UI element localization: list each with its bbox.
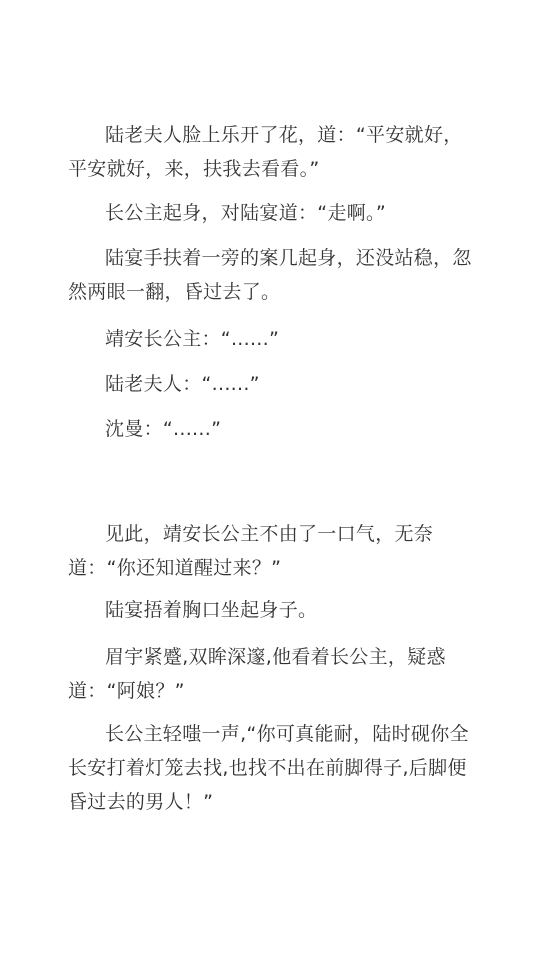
- paragraph: 长公主起身，对陆宴道：“走啊。”: [68, 196, 478, 230]
- paragraph: 见此，靖安长公主不由了一口气，无奈道：“你还知道醒过来？”: [68, 517, 478, 585]
- paragraph: 长公主轻嗤一声,“你可真能耐，陆时砚你全长安打着灯笼去找,也找不出在前脚得子,后…: [68, 717, 478, 819]
- paragraph: 陆宴手扶着一旁的案几起身，还没站稳，忽然两眼一翻，昏过去了。: [68, 241, 478, 309]
- reading-page: 陆老夫人脸上乐开了花，道：“平安就好，平安就好，来，扶我去看看。” 长公主起身，…: [0, 0, 540, 960]
- paragraph: 陆宴捂着胸口坐起身子。: [68, 593, 478, 627]
- paragraph: 靖安长公主：“......”: [68, 322, 478, 356]
- paragraph: 陆老夫人脸上乐开了花，道：“平安就好，平安就好，来，扶我去看看。”: [68, 118, 478, 186]
- paragraph: 陆老夫人：“......”: [68, 367, 478, 401]
- paragraph: 沈曼：“......”: [68, 412, 478, 446]
- paragraph: 眉宇紧蹙,双眸深邃,他看着长公主，疑惑道：“阿娘？”: [68, 640, 478, 708]
